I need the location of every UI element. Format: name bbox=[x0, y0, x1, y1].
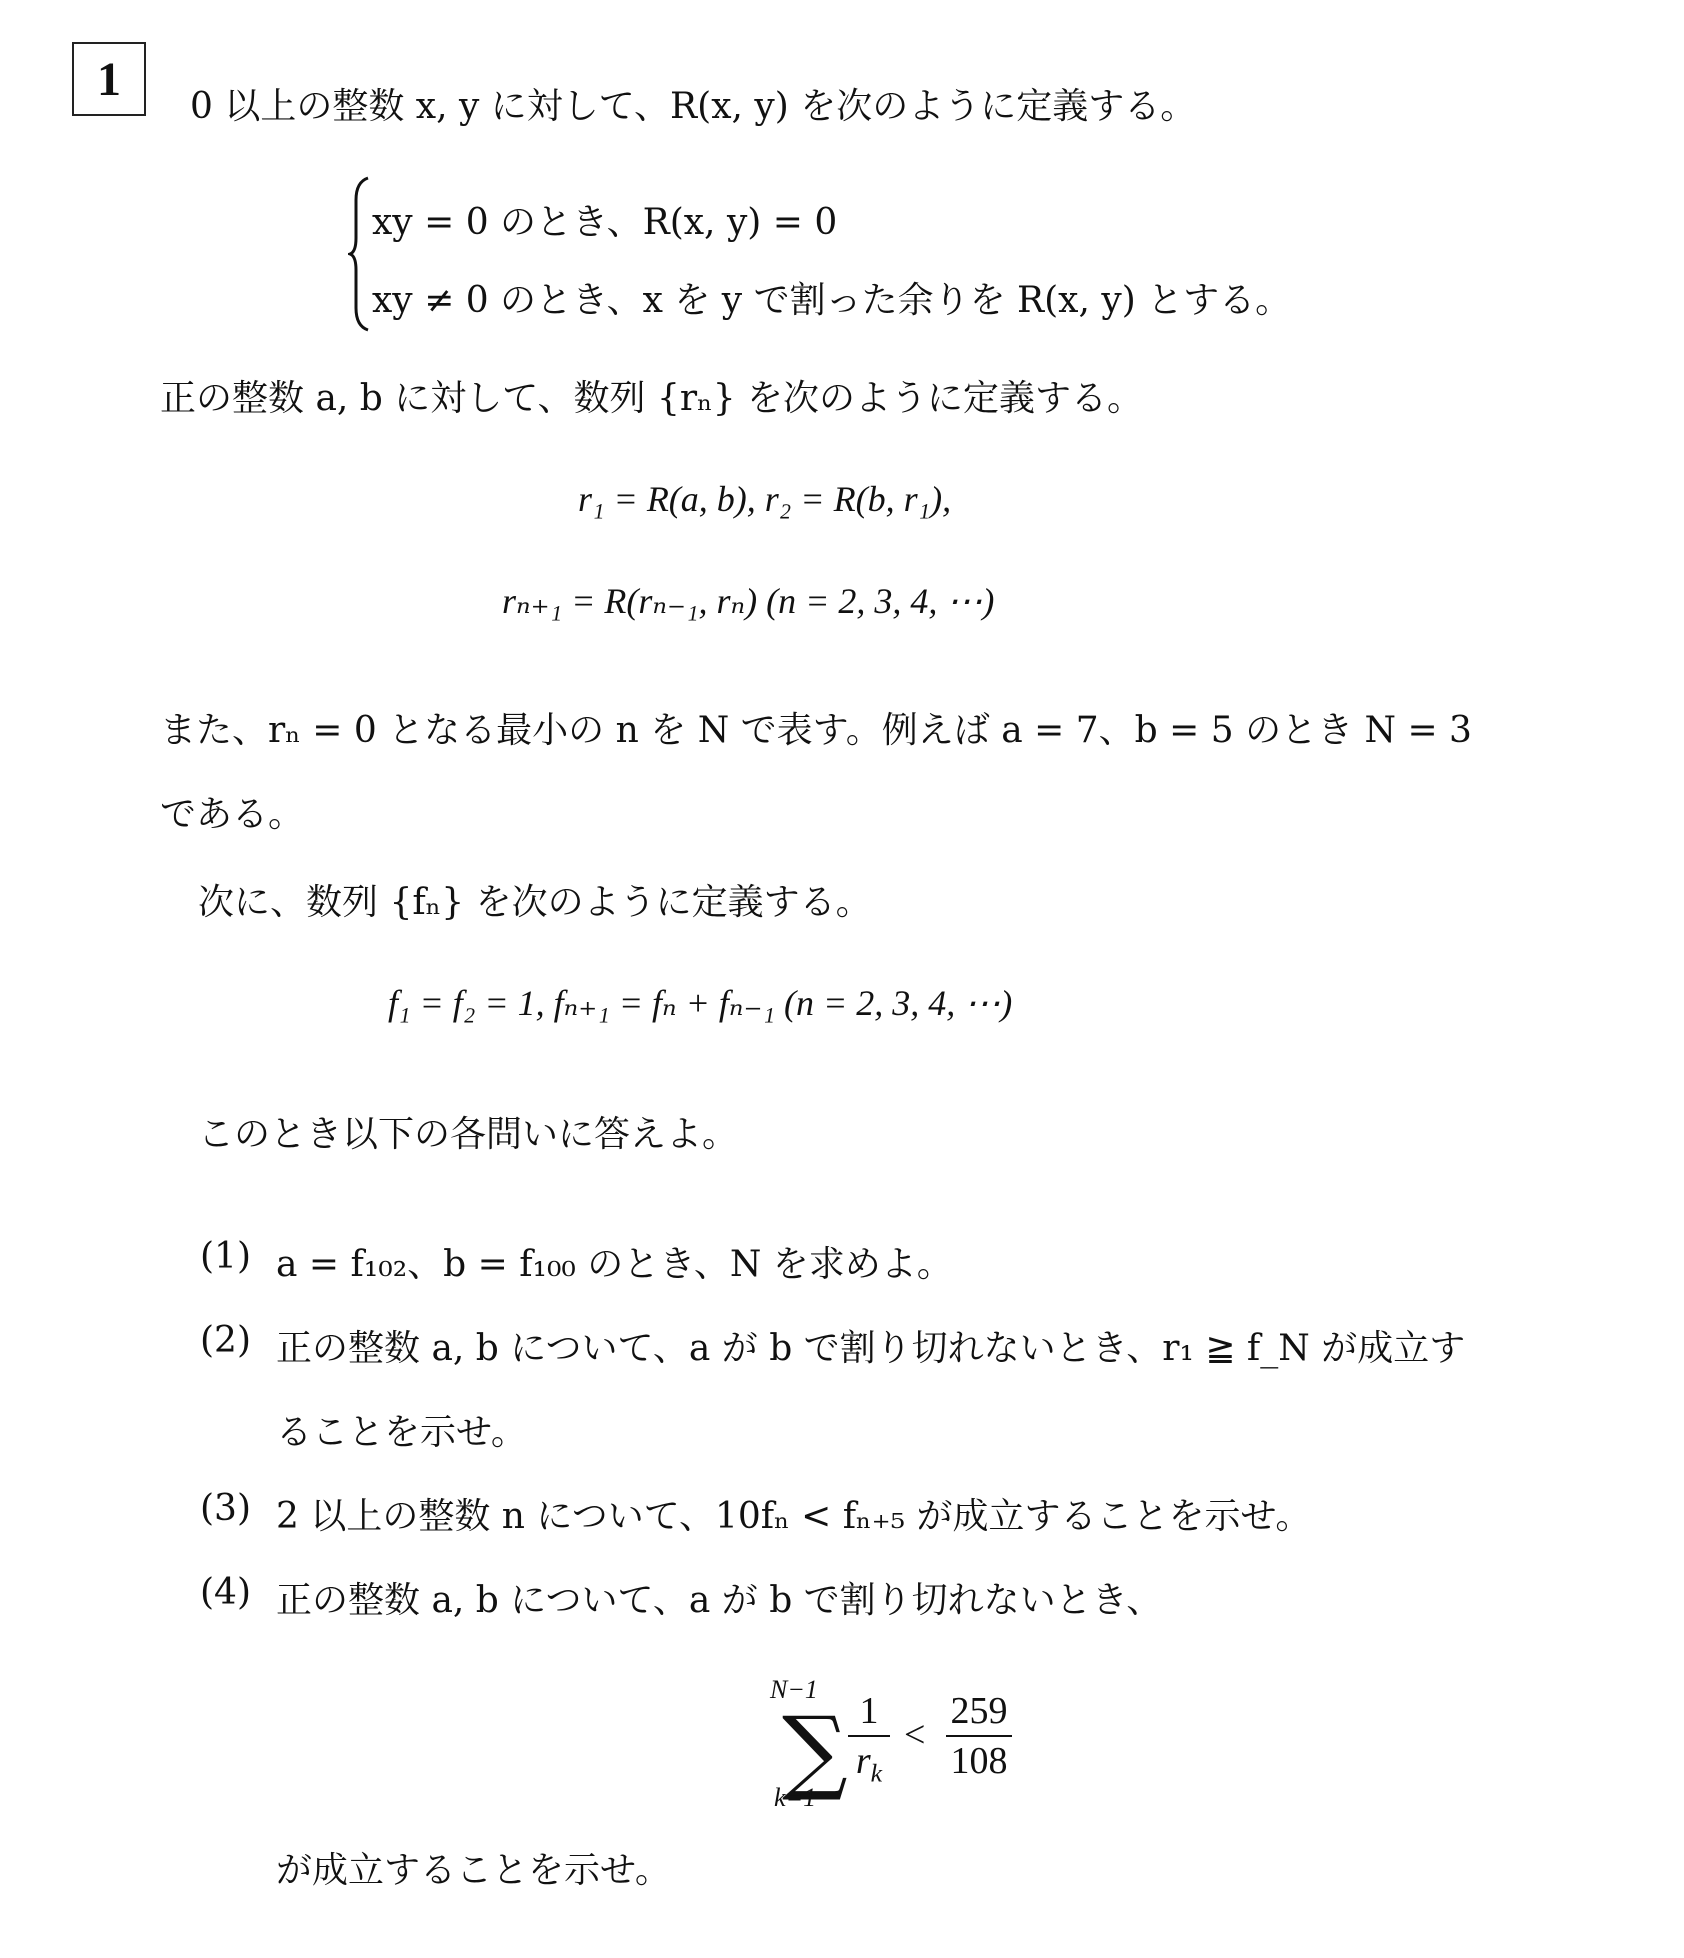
rhs-denominator: 108 bbox=[951, 1739, 1008, 1783]
seq-f-intro: 次に、数列 {fₙ} を次のように定義する。 bbox=[198, 874, 872, 925]
summand-fraction: 1 rk bbox=[848, 1689, 890, 1783]
N-def-1: また、rₙ = 0 となる最小の n を N で表す。例えば a = 7、b =… bbox=[160, 702, 1472, 753]
question-4-label: (4) bbox=[200, 1572, 251, 1613]
seq-r-def-2: rₙ₊₁ = R(rₙ₋₁, rₙ) (n = 2, 3, 4, ⋯) bbox=[502, 580, 994, 622]
intro-text: 0 以上の整数 x, y に対して、R(x, y) を次のように定義する。 bbox=[190, 78, 1196, 129]
question-2-label: (2) bbox=[200, 1320, 251, 1361]
rhs-fraction: 259 108 bbox=[946, 1689, 1012, 1783]
case-2: xy ≠ 0 のとき、x を y で割った余りを R(x, y) とする。 bbox=[372, 272, 1291, 323]
questions-intro: このとき以下の各問いに答えよ。 bbox=[198, 1106, 738, 1157]
question-1-label: (1) bbox=[200, 1236, 251, 1277]
problem-number-box: 1 bbox=[72, 42, 146, 116]
relation-symbol: < bbox=[904, 1713, 925, 1757]
seq-r-intro: 正の整数 a, b に対して、数列 {rₙ} を次のように定義する。 bbox=[160, 370, 1143, 421]
question-4-text-2: が成立することを示せ。 bbox=[276, 1842, 671, 1893]
summation-formula: N−1 ∑ k=1 1 rk < 259 108 bbox=[770, 1675, 1030, 1815]
left-brace bbox=[348, 176, 370, 332]
rhs-numerator: 259 bbox=[951, 1689, 1008, 1733]
summand-denominator: rk bbox=[856, 1739, 882, 1783]
seq-f-def: f₁ = f₂ = 1, fₙ₊₁ = fₙ + fₙ₋₁ (n = 2, 3,… bbox=[388, 982, 1012, 1024]
question-3-label: (3) bbox=[200, 1488, 251, 1529]
seq-r-def-1: r₁ = R(a, b), r₂ = R(b, r₁), bbox=[578, 478, 951, 520]
question-4-text-1: 正の整数 a, b について、a が b で割り切れないとき、 bbox=[276, 1572, 1162, 1623]
summand-numerator: 1 bbox=[860, 1689, 879, 1733]
question-1-text: a = f₁₀₂、b = f₁₀₀ のとき、N を求めよ。 bbox=[276, 1236, 953, 1287]
question-2-text-2: ることを示せ。 bbox=[276, 1404, 527, 1455]
N-def-2: である。 bbox=[160, 786, 304, 837]
problem-number: 1 bbox=[97, 52, 121, 107]
question-2-text-1: 正の整数 a, b について、a が b で割り切れないとき、r₁ ≧ f_N … bbox=[276, 1320, 1465, 1371]
sum-lower-limit: k=1 bbox=[774, 1783, 816, 1813]
question-3-text: 2 以上の整数 n について、10fₙ < fₙ₊₅ が成立することを示せ。 bbox=[276, 1488, 1311, 1539]
case-1: xy = 0 のとき、R(x, y) = 0 bbox=[372, 194, 837, 245]
